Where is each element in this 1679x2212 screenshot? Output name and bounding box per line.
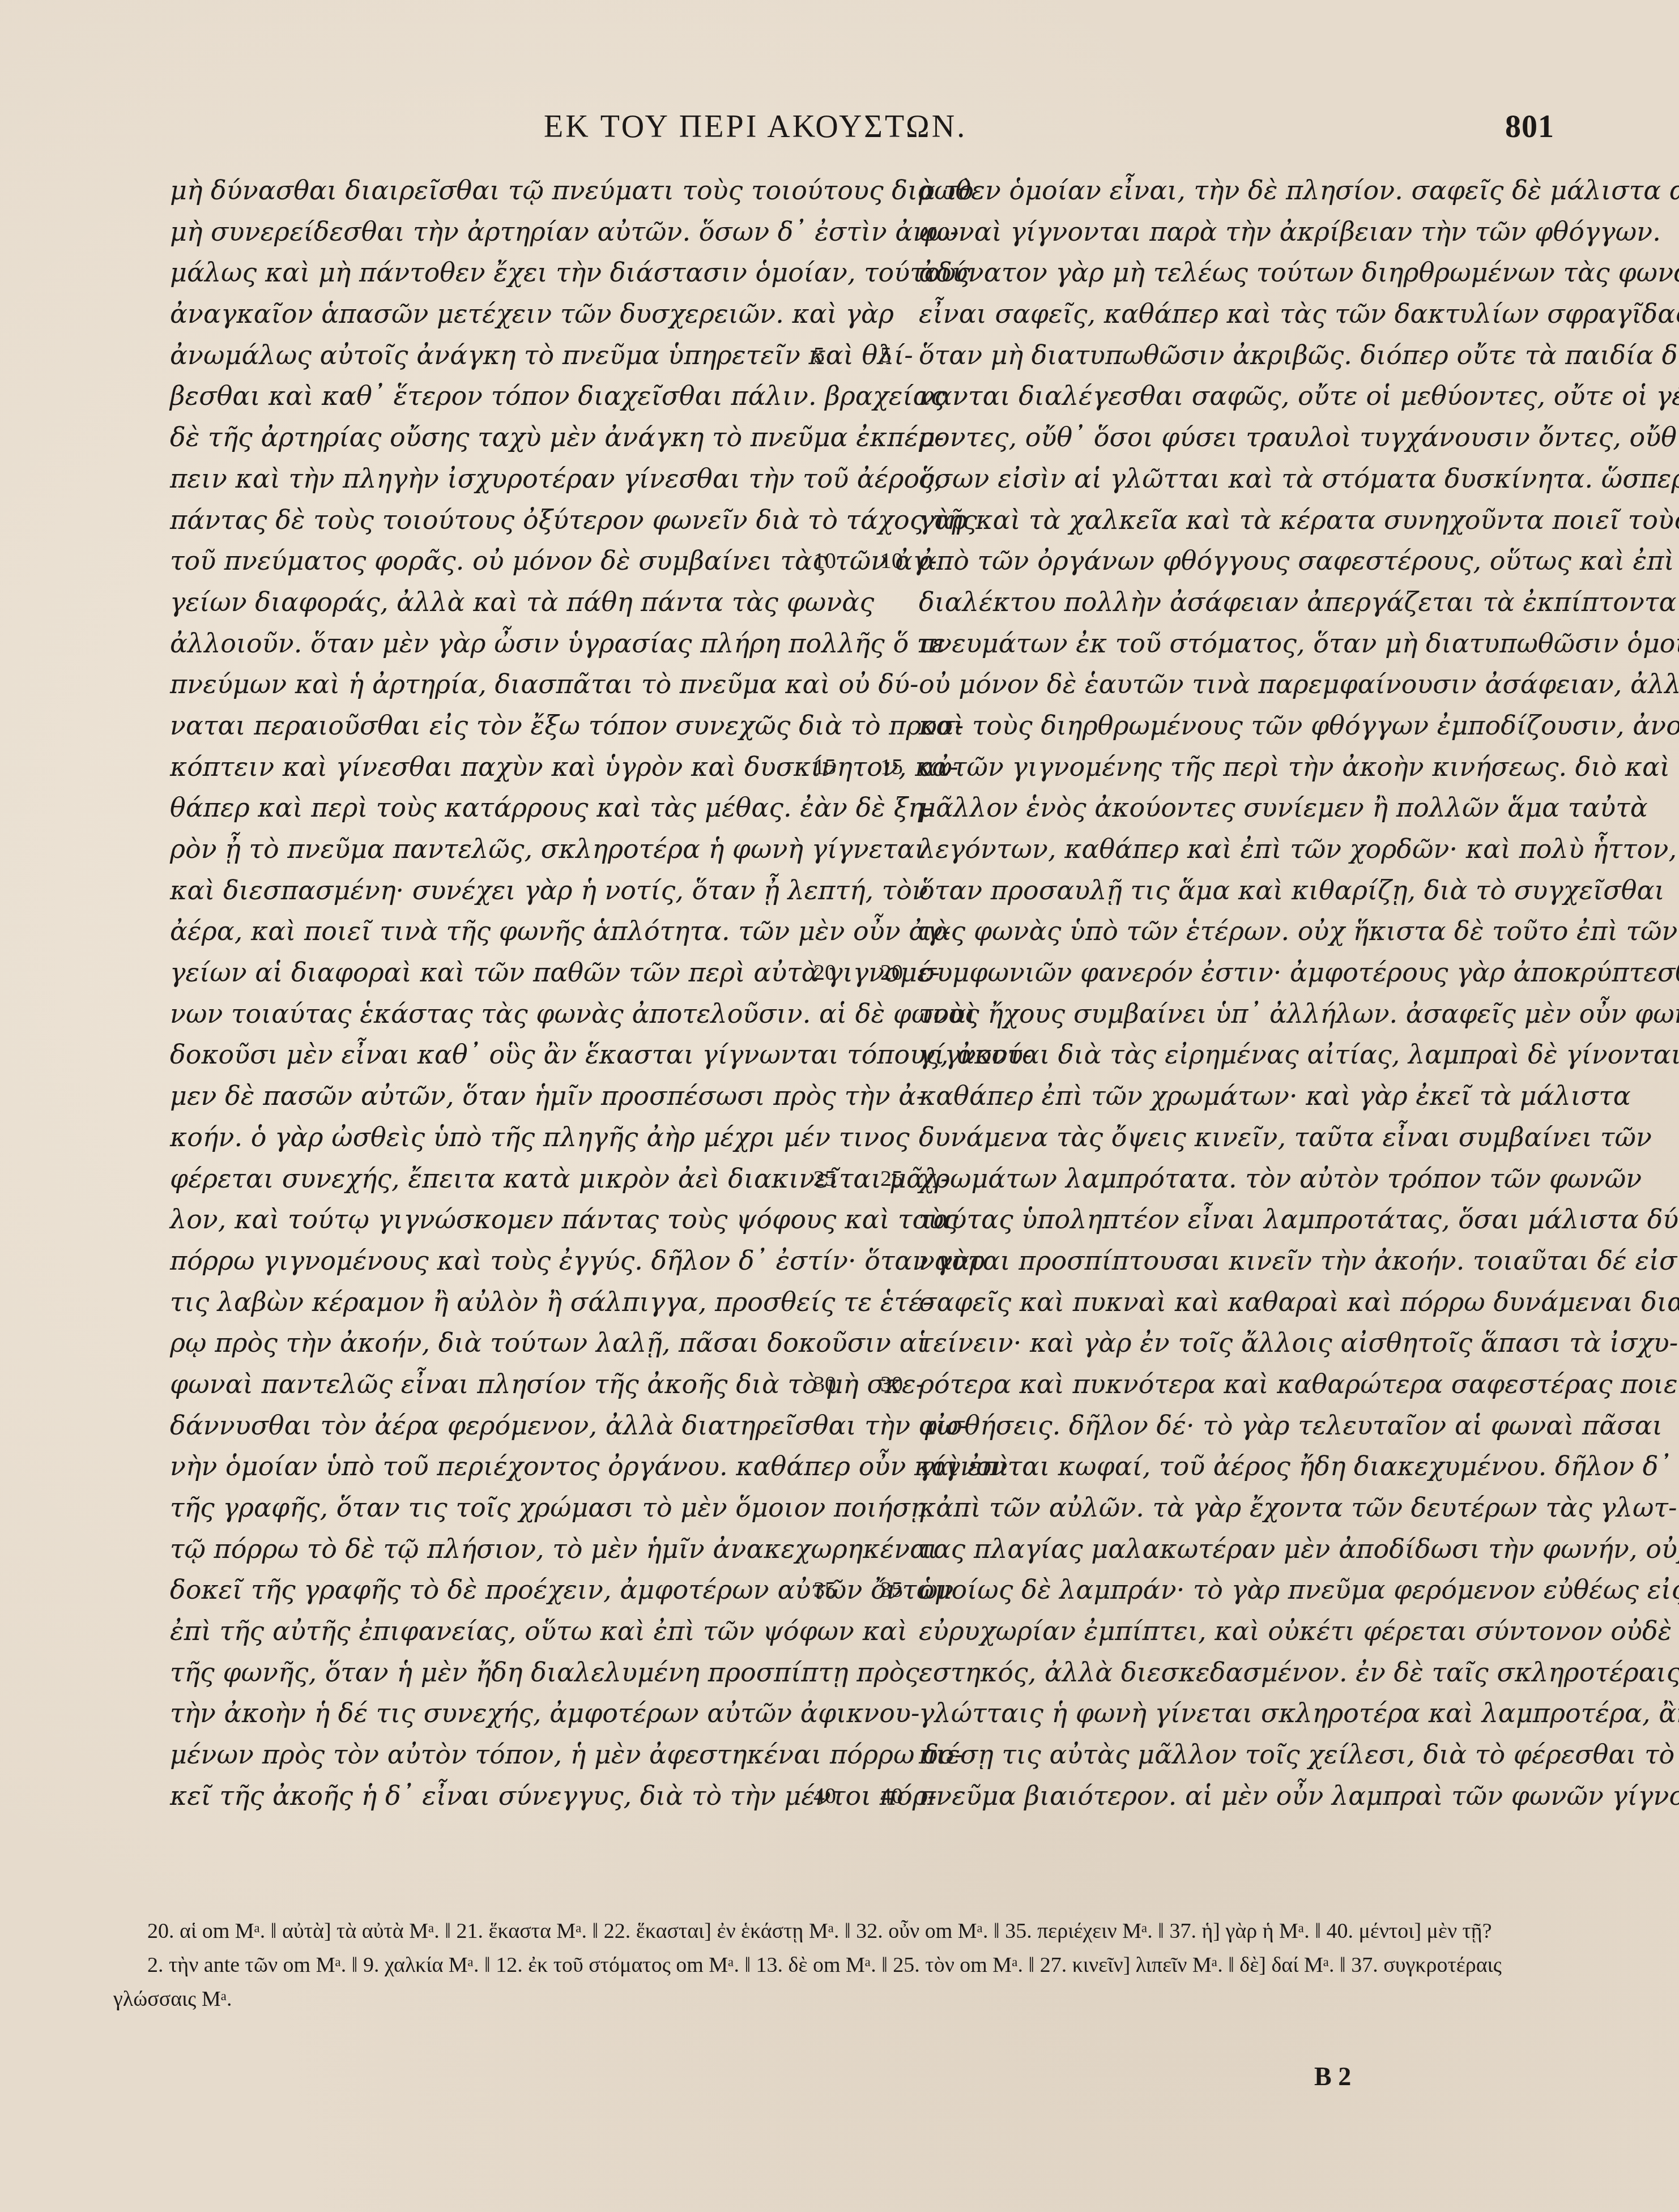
text-line: βεσθαι καὶ καθ᾽ ἕτερον τόπον διαχεῖσθαι … [170,375,804,417]
line-number: 30 [813,1364,844,1405]
line-text: ἀέρα, καὶ ποιεῖ τινὰ τῆς φωνῆς ἁπλότητα.… [170,916,951,946]
line-text: τις λαβὼν κέραμον ἢ αὐλὸν ἢ σάλπιγγα, πρ… [170,1287,931,1317]
line-number: 5 [813,335,844,376]
line-number: 15 [813,746,844,788]
line-text: ἀνωμάλως αὐτοῖς ἀνάγκη τὸ πνεῦμα ὑπηρετε… [170,340,913,370]
line-text: ρωθεν ὁμοίαν εἶναι, τὴν δὲ πλησίον. σαφε… [919,175,1679,206]
text-line: ἐπὶ τῆς αὐτῆς ἐπιφανείας, οὕτω καὶ ἐπὶ τ… [170,1611,804,1652]
text-line: μεν δὲ πασῶν αὐτῶν, ὅταν ἡμῖν προσπέσωσι… [170,1075,804,1117]
line-text: μένων πρὸς τὸν αὐτὸν τόπον, ἡ μὲν ἀφεστη… [170,1739,963,1770]
text-line: πόρρω γιγνομένους καὶ τοὺς ἐγγύς. δῆλον … [170,1240,804,1282]
line-text: γὰρ καὶ τὰ χαλκεῖα καὶ τὰ κέρατα συνηχοῦ… [919,505,1679,535]
line-text: εἶναι σαφεῖς, καθάπερ καὶ τὰς τῶν δακτυλ… [919,298,1679,329]
text-line: τὴν ἀκοὴν ἡ δέ τις συνεχής, ἀμφοτέρων αὐ… [170,1693,804,1734]
running-title: ΕΚ ΤΟΥ ΠΕΡΙ ΑΚΟΥΣΤΩΝ. [544,109,967,145]
text-line: ἀνωμάλως αὐτοῖς ἀνάγκη τὸ πνεῦμα ὑπηρετε… [170,335,804,376]
text-line: τοὺς ἤχους συμβαίνει ὑπ᾽ ἀλλήλων. ἀσαφεῖ… [919,993,1553,1035]
line-text: μᾶλλον ἑνὸς ἀκούοντες συνίεμεν ἢ πολλῶν … [919,792,1648,823]
line-text: μάλως καὶ μὴ πάντοθεν ἔχει τὴν διάστασιν… [170,257,970,288]
text-line: νανται διαλέγεσθαι σαφῶς, οὔτε οἱ μεθύον… [919,375,1553,417]
text-line: ρῳ πρὸς τὴν ἀκοήν, διὰ τούτων λαλῇ, πᾶσα… [170,1322,804,1364]
text-line: τῆς γραφῆς, ὅταν τις τοῖς χρώμασι τὸ μὲν… [170,1487,804,1528]
text-line: φωναὶ παντελῶς εἶναι πλησίον τῆς ἀκοῆς δ… [170,1364,804,1405]
text-line: τὰς φωνὰς ὑπὸ τῶν ἑτέρων. οὐχ ἥκιστα δὲ … [919,911,1553,952]
line-text: γλώτταις ἡ φωνὴ γίνεται σκληροτέρα καὶ λ… [919,1698,1679,1728]
line-text: δὲ τῆς ἀρτηρίας οὔσης ταχὺ μὲν ἀνάγκη τὸ… [170,422,944,452]
text-line: νὴν ὁμοίαν ὑπὸ τοῦ περιέχοντος ὀργάνου. … [170,1446,804,1487]
line-text: γίγνονται κωφαί, τοῦ ἀέρος ἤδη διακεχυμέ… [919,1451,1679,1481]
line-text: τῆς γραφῆς, ὅταν τις τοῖς χρώμασι τὸ μὲν… [170,1492,926,1523]
text-line: νων τοιαύτας ἑκάστας τὰς φωνὰς ἀποτελοῦσ… [170,993,804,1035]
line-number: 15 [880,746,911,788]
line-text: ναται περαιοῦσθαι εἰς τὸν ἔξω τόπον συνε… [170,710,964,741]
line-text: νανται προσπίπτουσαι κινεῖν τὴν ἀκοήν. τ… [919,1245,1679,1276]
text-line: συμφωνιῶν φανερόν ἐστιν· ἀμφοτέρους γὰρ … [919,952,1553,993]
text-line: ὅταν μὴ διατυπωθῶσιν ἀκριβῶς. διόπερ οὔτ… [919,335,1553,376]
text-line: καθάπερ ἐπὶ τῶν χρωμάτων· καὶ γὰρ ἐκεῖ τ… [919,1075,1553,1117]
text-line: μένων πρὸς τὸν αὐτὸν τόπον, ἡ μὲν ἀφεστη… [170,1734,804,1775]
text-line: δοκεῖ τῆς γραφῆς τὸ δὲ προέχειν, ἀμφοτέρ… [170,1569,804,1611]
text-line: τῆς φωνῆς, ὅταν ἡ μὲν ἤδη διαλελυμένη πρ… [170,1652,804,1693]
line-text: νων τοιαύτας ἑκάστας τὰς φωνὰς ἀποτελοῦσ… [170,998,976,1029]
text-line: πνεῦμα βιαιότερον. αἱ μὲν οὖν λαμπραὶ τῶ… [919,1775,1553,1817]
line-text: μὴ δύνασθαι διαιρεῖσθαι τῷ πνεύματι τοὺς… [170,175,974,206]
line-text: πιέσῃ τις αὐτὰς μᾶλλον τοῖς χείλεσι, διὰ… [919,1739,1674,1770]
line-text: πνεῦμα βιαιότερον. αἱ μὲν οὖν λαμπραὶ τῶ… [919,1780,1679,1811]
text-line: γίγνονται κωφαί, τοῦ ἀέρος ἤδη διακεχυμέ… [919,1446,1553,1487]
line-text: ὅταν μὴ διατυπωθῶσιν ἀκριβῶς. διόπερ οὔτ… [919,340,1679,370]
text-line: μάλως καὶ μὴ πάντοθεν ἔχει τὴν διάστασιν… [170,252,804,293]
line-text: ὁμοίως δὲ λαμπράν· τὸ γὰρ πνεῦμα φερόμεν… [919,1574,1679,1605]
line-text: ἀδύνατον γὰρ μὴ τελέως τούτων διηρθρωμέν… [919,257,1679,288]
line-text: φωναὶ γίγνονται παρὰ τὴν ἀκρίβειαν τὴν τ… [919,216,1661,247]
line-text: γείων διαφοράς, ἀλλὰ καὶ τὰ πάθη πάντα τ… [170,587,874,617]
line-text: ρῳ πρὸς τὴν ἀκοήν, διὰ τούτων λαλῇ, πᾶσα… [170,1327,927,1358]
line-text: μεν δὲ πασῶν αὐτῶν, ὅταν ἡμῖν προσπέσωσι… [170,1081,925,1111]
text-line: τοῦ πνεύματος φορᾶς. οὐ μόνον δὲ συμβαίν… [170,540,804,582]
line-text: τὰς φωνὰς ὑπὸ τῶν ἑτέρων. οὐχ ἥκιστα δὲ … [919,916,1677,946]
text-line: δοκοῦσι μὲν εἶναι καθ᾽ οὓς ἂν ἕκασται γί… [170,1034,804,1075]
text-line: γίγνονται διὰ τὰς εἰρημένας αἰτίας, λαμπ… [919,1034,1553,1075]
line-text: σαφεῖς καὶ πυκναὶ καὶ καθαραὶ καὶ πόρρω … [919,1287,1679,1317]
text-columns: μὴ δύνασθαι διαιρεῖσθαι τῷ πνεύματι τοὺς… [170,170,1552,1869]
text-line: καὶ τοὺς διηρθρωμένους τῶν φθόγγων ἐμποδ… [919,705,1553,746]
text-line: τείνειν· καὶ γὰρ ἐν τοῖς ἄλλοις αἰσθητοῖ… [919,1322,1553,1364]
text-line: πειν καὶ τὴν πληγὴν ἰσχυροτέραν γίνεσθαι… [170,458,804,499]
text-line: αἰσθήσεις. δῆλον δέ· τὸ γὰρ τελευταῖον α… [919,1405,1553,1446]
text-line: εἶναι σαφεῖς, καθάπερ καὶ τὰς τῶν δακτυλ… [919,293,1553,335]
line-text: καὶ τοὺς διηρθρωμένους τῶν φθόγγων ἐμποδ… [919,710,1679,741]
line-text: ρὸν ᾖ τὸ πνεῦμα παντελῶς, σκληροτέρα ἡ φ… [170,834,925,864]
text-line: μὴ δύνασθαι διαιρεῖσθαι τῷ πνεύματι τοὺς… [170,170,804,211]
text-line: γλώτταις ἡ φωνὴ γίνεται σκληροτέρα καὶ λ… [919,1693,1553,1734]
line-text: καὶ διεσπασμένη· συνέχει γὰρ ἡ νοτίς, ὅτ… [170,875,928,906]
text-line: ὁμοίως δὲ λαμπράν· τὸ γὰρ πνεῦμα φερόμεν… [919,1569,1553,1611]
line-text: πόρρω γιγνομένους καὶ τοὺς ἐγγύς. δῆλον … [170,1245,985,1276]
line-number: 25 [813,1158,844,1199]
text-line: μᾶλλον ἑνὸς ἀκούοντες συνίεμεν ἢ πολλῶν … [919,787,1553,829]
line-text: ἀναγκαῖον ἁπασῶν μετέχειν τῶν δυσχερειῶν… [170,298,894,329]
text-line: ἀπὸ τῶν ὀργάνων φθόγγους σαφεστέρους, οὕ… [919,540,1553,582]
line-text: δυνάμενα τὰς ὄψεις κινεῖν, ταῦτα εἶναι σ… [919,1122,1652,1152]
line-number: 20 [880,952,911,993]
line-text: ἐπὶ τῆς αὐτῆς ἐπιφανείας, οὕτω καὶ ἐπὶ τ… [170,1616,907,1646]
line-number: 10 [880,540,911,582]
line-text: αὐτῶν γιγνομένης τῆς περὶ τὴν ἀκοὴν κινή… [919,751,1670,782]
text-line: δάννυσθαι τὸν ἀέρα φερόμενον, ἀλλὰ διατη… [170,1405,804,1446]
apparatus-right-column: 2. τὴν ante τῶν om Mᵃ. ‖ 9. χαλκία Mᵃ. ‖… [113,1948,1552,2016]
text-line: εὐρυχωρίαν ἐμπίπτει, καὶ οὐκέτι φέρεται … [919,1611,1553,1652]
line-text: εστηκός, ἀλλὰ διεσκεδασμένον. ἐν δὲ ταῖς… [919,1657,1679,1688]
line-number: 35 [813,1569,844,1611]
text-line: κοήν. ὁ γὰρ ὠσθεὶς ὑπὸ τῆς πληγῆς ἀὴρ μέ… [170,1117,804,1158]
line-text: φωναὶ παντελῶς εἶναι πλησίον τῆς ἀκοῆς δ… [170,1369,924,1399]
text-line: σαφεῖς καὶ πυκναὶ καὶ καθαραὶ καὶ πόρρω … [919,1282,1553,1323]
line-number: 25 [880,1158,911,1199]
text-line: πάντας δὲ τοὺς τοιούτους ὀξύτερον φωνεῖν… [170,499,804,541]
page-number: 801 [1505,109,1554,145]
line-text: γίγνονται διὰ τὰς εἰρημένας αἰτίας, λαμπ… [919,1039,1679,1070]
text-line: ὅταν προσαυλῇ τις ἅμα καὶ κιθαρίζῃ, διὰ … [919,870,1553,911]
line-number: 30 [880,1364,911,1405]
line-number: 40 [813,1775,844,1817]
text-line: γὰρ καὶ τὰ χαλκεῖα καὶ τὰ κέρατα συνηχοῦ… [919,499,1553,541]
text-line: ροντες, οὔθ᾽ ὅσοι φύσει τραυλοὶ τυγχάνου… [919,417,1553,458]
apparatus-left-column: 20. αἱ om Mᵃ. ‖ αὐτὰ] τὰ αὐτὰ Mᵃ. ‖ 21. … [113,1914,1552,1948]
line-text: τας πλαγίας μαλακωτέραν μὲν ἀποδίδωσι τὴ… [919,1534,1679,1564]
line-text: πάντας δὲ τοὺς τοιούτους ὀξύτερον φωνεῖν… [170,505,977,535]
line-text: εὐρυχωρίαν ἐμπίπτει, καὶ οὐκέτι φέρεται … [919,1616,1679,1646]
line-text: ὅσων εἰσὶν αἱ γλῶτται καὶ τὰ στόματα δυσ… [919,463,1679,494]
text-line: ταύτας ὑποληπτέον εἶναι λαμπροτάτας, ὅσα… [919,1199,1553,1240]
text-line: διαλέκτου πολλὴν ἀσάφειαν ἀπεργάζεται τὰ… [919,582,1553,623]
line-text: τὴν ἀκοὴν ἡ δέ τις συνεχής, ἀμφοτέρων αὐ… [170,1698,920,1728]
text-line: αὐτῶν γιγνομένης τῆς περὶ τὴν ἀκοὴν κινή… [919,746,1553,788]
text-line: ἀδύνατον γὰρ μὴ τελέως τούτων διηρθρωμέν… [919,252,1553,293]
text-line: χρωμάτων λαμπρότατα. τὸν αὐτὸν τρόπον τῶ… [919,1158,1553,1199]
text-line: ρὸν ᾖ τὸ πνεῦμα παντελῶς, σκληροτέρα ἡ φ… [170,829,804,870]
right-column: ρωθεν ὁμοίαν εἶναι, τὴν δὲ πλησίον. σαφε… [919,170,1553,1817]
line-text: κοήν. ὁ γὰρ ὠσθεὶς ὑπὸ τῆς πληγῆς ἀὴρ μέ… [170,1122,910,1152]
line-text: δάννυσθαι τὸν ἀέρα φερόμενον, ἀλλὰ διατη… [170,1410,967,1441]
text-line: κεῖ τῆς ἀκοῆς ἡ δ᾽ εἶναι σύνεγγυς, διὰ τ… [170,1775,804,1817]
line-text: ἀλλοιοῦν. ὅταν μὲν γὰρ ὦσιν ὑγρασίας πλή… [170,628,945,659]
line-text: τείνειν· καὶ γὰρ ἐν τοῖς ἄλλοις αἰσθητοῖ… [919,1327,1678,1358]
line-text: λον, καὶ τούτῳ γιγνώσκομεν πάντας τοὺς ψ… [170,1204,958,1235]
line-number: 5 [880,335,911,376]
text-line: ἀέρα, καὶ ποιεῖ τινὰ τῆς φωνῆς ἁπλότητα.… [170,911,804,952]
line-text: μὴ συνερείδεσθαι τὴν ἀρτηρίαν αὐτῶν. ὅσω… [170,216,958,247]
text-line: μὴ συνερείδεσθαι τὴν ἀρτηρίαν αὐτῶν. ὅσω… [170,211,804,253]
text-line: νανται προσπίπτουσαι κινεῖν τὴν ἀκοήν. τ… [919,1240,1553,1282]
text-line: οὐ μόνον δὲ ἑαυτῶν τινὰ παρεμφαίνουσιν ἀ… [919,664,1553,705]
text-line: ὅσων εἰσὶν αἱ γλῶτται καὶ τὰ στόματα δυσ… [919,458,1553,499]
line-text: τοὺς ἤχους συμβαίνει ὑπ᾽ ἀλλήλων. ἀσαφεῖ… [919,998,1679,1029]
line-text: ροντες, οὔθ᾽ ὅσοι φύσει τραυλοὶ τυγχάνου… [919,422,1679,452]
line-text: οὐ μόνον δὲ ἑαυτῶν τινὰ παρεμφαίνουσιν ἀ… [919,669,1679,699]
line-text: διαλέκτου πολλὴν ἀσάφειαν ἀπεργάζεται τὰ… [919,587,1679,617]
text-line: καὶ διεσπασμένη· συνέχει γὰρ ἡ νοτίς, ὅτ… [170,870,804,911]
text-line: λεγόντων, καθάπερ καὶ ἐπὶ τῶν χορδῶν· κα… [919,829,1553,870]
line-text: ρότερα καὶ πυκνότερα καὶ καθαρώτερα σαφε… [919,1369,1679,1399]
line-text: ταύτας ὑποληπτέον εἶναι λαμπροτάτας, ὅσα… [919,1204,1679,1235]
line-text: καθάπερ ἐπὶ τῶν χρωμάτων· καὶ γὰρ ἐκεῖ τ… [919,1081,1631,1111]
critical-apparatus: 20. αἱ om Mᵃ. ‖ αὐτὰ] τὰ αὐτὰ Mᵃ. ‖ 21. … [113,1914,1552,2016]
line-number: 35 [880,1569,911,1611]
text-line: γείων αἱ διαφοραὶ καὶ τῶν παθῶν τῶν περὶ… [170,952,804,993]
line-text: πειν καὶ τὴν πληγὴν ἰσχυροτέραν γίνεσθαι… [170,463,943,494]
text-line: φέρεται συνεχής, ἔπειτα κατὰ μικρὸν ἀεὶ … [170,1158,804,1199]
line-text: πνευμάτων ἐκ τοῦ στόματος, ὅταν μὴ διατυ… [919,628,1679,659]
line-text: τῷ πόρρω τὸ δὲ τῷ πλήσιον, τὸ μὲν ἡμῖν ἀ… [170,1534,937,1564]
line-text: βεσθαι καὶ καθ᾽ ἕτερον τόπον διαχεῖσθαι … [170,381,945,411]
line-text: κἀπὶ τῶν αὐλῶν. τὰ γὰρ ἔχοντα τῶν δευτέρ… [919,1492,1677,1523]
text-line: εστηκός, ἀλλὰ διεσκεδασμένον. ἐν δὲ ταῖς… [919,1652,1553,1693]
running-head: ΕΚ ΤΟΥ ΠΕΡΙ ΑΚΟΥΣΤΩΝ. 801 [544,109,1554,154]
line-number: 40 [880,1775,911,1817]
text-line: δυνάμενα τὰς ὄψεις κινεῖν, ταῦτα εἶναι σ… [919,1117,1553,1158]
text-line: ἀναγκαῖον ἁπασῶν μετέχειν τῶν δυσχερειῶν… [170,293,804,335]
signature-mark: B 2 [1314,2061,1351,2091]
text-line: κόπτειν καὶ γίνεσθαι παχὺν καὶ ὑγρὸν καὶ… [170,746,804,788]
text-line: φωναὶ γίγνονται παρὰ τὴν ἀκρίβειαν τὴν τ… [919,211,1553,253]
text-line: δὲ τῆς ἀρτηρίας οὔσης ταχὺ μὲν ἀνάγκη τὸ… [170,417,804,458]
line-text: αἰσθήσεις. δῆλον δέ· τὸ γὰρ τελευταῖον α… [919,1410,1663,1441]
text-line: θάπερ καὶ περὶ τοὺς κατάρρους καὶ τὰς μέ… [170,787,804,829]
line-text: λεγόντων, καθάπερ καὶ ἐπὶ τῶν χορδῶν· κα… [919,834,1677,864]
text-line: τῷ πόρρω τὸ δὲ τῷ πλήσιον, τὸ μὲν ἡμῖν ἀ… [170,1528,804,1570]
line-text: νὴν ὁμοίαν ὑπὸ τοῦ περιέχοντος ὀργάνου. … [170,1451,1009,1481]
text-line: πνεύμων καὶ ἡ ἀρτηρία, διασπᾶται τὸ πνεῦ… [170,664,804,705]
text-line: ἀλλοιοῦν. ὅταν μὲν γὰρ ὦσιν ὑγρασίας πλή… [170,623,804,664]
text-line: ρωθεν ὁμοίαν εἶναι, τὴν δὲ πλησίον. σαφε… [919,170,1553,211]
line-number: 10 [813,540,844,582]
text-line: λον, καὶ τούτῳ γιγνώσκομεν πάντας τοὺς ψ… [170,1199,804,1240]
text-line: τας πλαγίας μαλακωτέραν μὲν ἀποδίδωσι τὴ… [919,1528,1553,1570]
text-line: ναται περαιοῦσθαι εἰς τὸν ἔξω τόπον συνε… [170,705,804,746]
line-text: πνεύμων καὶ ἡ ἀρτηρία, διασπᾶται τὸ πνεῦ… [170,669,919,699]
line-text: ὅταν προσαυλῇ τις ἅμα καὶ κιθαρίζῃ, διὰ … [919,875,1665,906]
text-line: πιέσῃ τις αὐτὰς μᾶλλον τοῖς χείλεσι, διὰ… [919,1734,1553,1775]
line-number: 20 [813,952,844,993]
text-line: γείων διαφοράς, ἀλλὰ καὶ τὰ πάθη πάντα τ… [170,582,804,623]
text-line: πνευμάτων ἐκ τοῦ στόματος, ὅταν μὴ διατυ… [919,623,1553,664]
text-line: τις λαβὼν κέραμον ἢ αὐλὸν ἢ σάλπιγγα, πρ… [170,1282,804,1323]
line-text: συμφωνιῶν φανερόν ἐστιν· ἀμφοτέρους γὰρ … [919,957,1679,988]
line-text: ἀπὸ τῶν ὀργάνων φθόγγους σαφεστέρους, οὕ… [919,545,1679,576]
text-line: ρότερα καὶ πυκνότερα καὶ καθαρώτερα σαφε… [919,1364,1553,1405]
line-text: νανται διαλέγεσθαι σαφῶς, οὔτε οἱ μεθύον… [919,381,1679,411]
line-text: δοκοῦσι μὲν εἶναι καθ᾽ οὓς ἂν ἕκασται γί… [170,1039,1032,1070]
line-text: θάπερ καὶ περὶ τοὺς κατάρρους καὶ τὰς μέ… [170,792,932,823]
line-text: τῆς φωνῆς, ὅταν ἡ μὲν ἤδη διαλελυμένη πρ… [170,1657,919,1688]
line-text: χρωμάτων λαμπρότατα. τὸν αὐτὸν τρόπον τῶ… [919,1163,1642,1194]
text-line: κἀπὶ τῶν αὐλῶν. τὰ γὰρ ἔχοντα τῶν δευτέρ… [919,1487,1553,1528]
left-column: μὴ δύνασθαι διαιρεῖσθαι τῷ πνεύματι τοὺς… [170,170,804,1817]
